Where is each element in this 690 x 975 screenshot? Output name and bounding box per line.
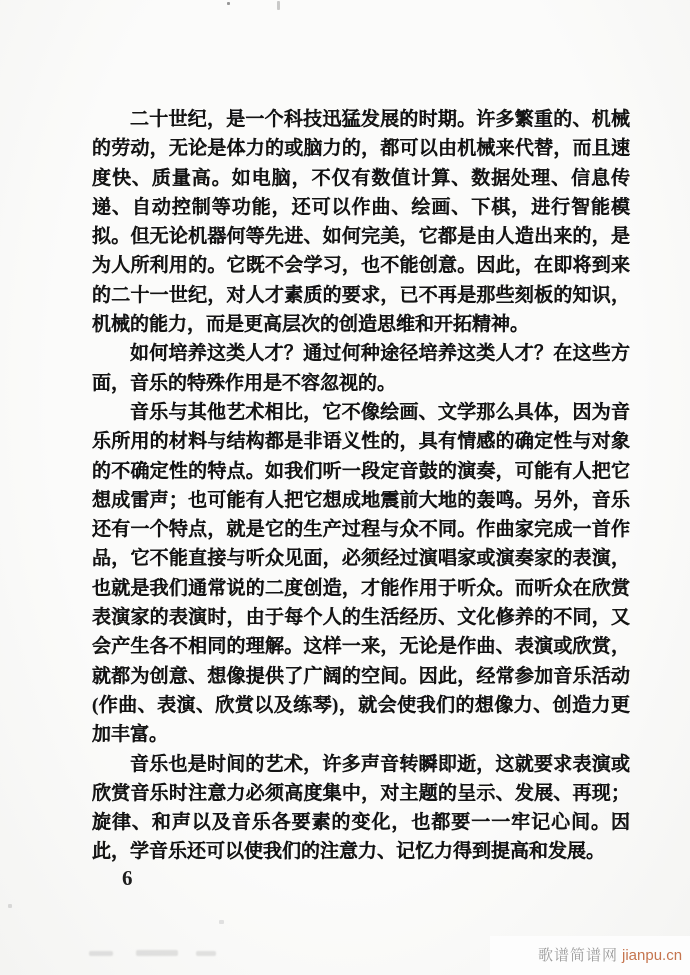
scan-smudge xyxy=(89,951,113,956)
watermark-site-url: jianpu.cn xyxy=(622,947,682,964)
watermark-site-name: 歌谱简谱网 xyxy=(538,947,618,964)
body-text: 二十世纪，是一个科技迅猛发展的时期。许多繁重的、机械的劳动，无论是体力的或脑力的… xyxy=(92,105,630,867)
scan-speck xyxy=(277,1,280,10)
scan-speck xyxy=(219,920,224,924)
scan-speck xyxy=(227,2,230,5)
watermark: 歌谱简谱网jianpu.cn xyxy=(538,944,682,965)
paragraph-music-time-art: 音乐也是时间的艺术，许多声音转瞬即逝，这就要求表演或欣赏音乐时注意力必须高度集中… xyxy=(92,750,630,867)
scan-speck xyxy=(8,904,12,908)
scan-smudge xyxy=(196,951,216,956)
paragraph-how-to-cultivate: 如何培养这类人才？通过何种途径培养这类人才？在这些方面，音乐的特殊作用是不容忽视… xyxy=(92,339,630,398)
paragraph-music-vs-other-arts: 音乐与其他艺术相比，它不像绘画、文学那么具体，因为音乐所用的材料与结构都是非语义… xyxy=(92,398,630,750)
book-page: 二十世纪，是一个科技迅猛发展的时期。许多繁重的、机械的劳动，无论是体力的或脑力的… xyxy=(0,0,690,975)
page-number: 6 xyxy=(122,866,133,891)
scan-smudge xyxy=(136,950,178,956)
paragraph-technology-era: 二十世纪，是一个科技迅猛发展的时期。许多繁重的、机械的劳动，无论是体力的或脑力的… xyxy=(92,105,630,339)
